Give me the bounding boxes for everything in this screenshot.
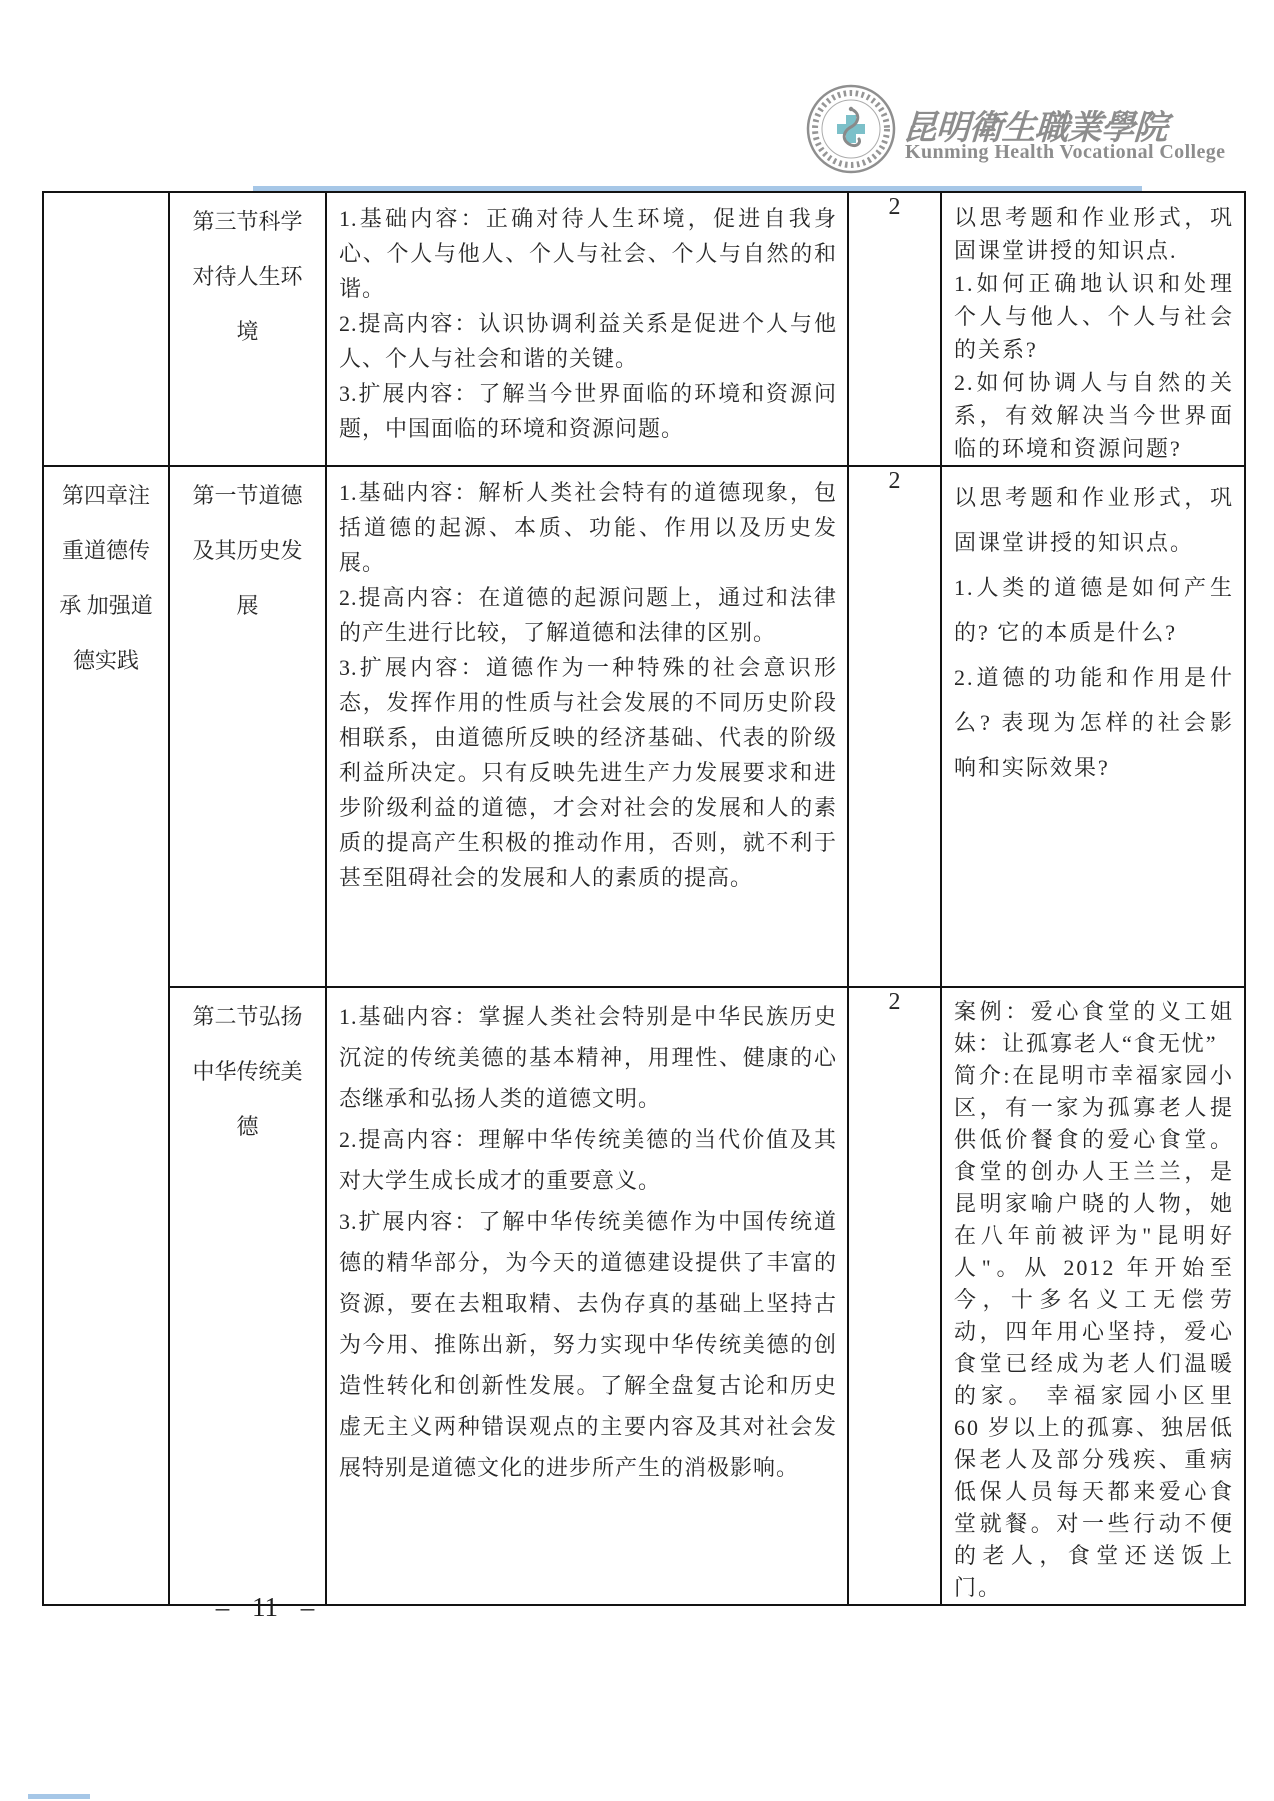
- homework-paragraph: 2.如何协调人与自然的关系，有效解决当今世界面临的环境和资源问题?: [954, 366, 1234, 465]
- content-paragraph: 2.提高内容：理解中华传统美德的当代价值及其对大学生成长成才的重要意义。: [339, 1119, 837, 1201]
- bottom-accent-line: [28, 1794, 90, 1799]
- page-number: – 11 –: [170, 1592, 360, 1623]
- chapter-title: 第四章注重道德传承 加强道德实践: [58, 468, 154, 688]
- homework-paragraph: 2.道德的功能和作用是什么? 表现为怎样的社会影响和实际效果?: [954, 655, 1234, 790]
- table-row: 第二节弘扬中华传统美德 1.基础内容：掌握人类社会特别是中华民族历史沉淀的传统美…: [43, 987, 1245, 1605]
- college-seal-icon: [806, 84, 896, 174]
- homework-cell: 以思考题和作业形式，巩固课堂讲授的知识点。 1.人类的道德是如何产生的? 它的本…: [941, 466, 1245, 987]
- content-paragraph: 3.扩展内容：道德作为一种特殊的社会意识形态，发挥作用的性质与社会发展的不同历史…: [339, 650, 837, 895]
- homework-paragraph: 案例：爱心食堂的义工姐妹：让孤寡老人“食无忧”: [954, 996, 1234, 1060]
- college-name-english: Kunming Health Vocational College: [905, 141, 1225, 164]
- homework-cell: 以思考题和作业形式，巩固课堂讲授的知识点. 1.如何正确地认识和处理个人与他人、…: [941, 192, 1245, 466]
- homework-paragraph: 以思考题和作业形式，巩固课堂讲授的知识点.: [954, 201, 1234, 267]
- section-cell: 第一节道德及其历史发展: [169, 466, 326, 987]
- content-cell: 1.基础内容：正确对待人生环境，促进自我身心、个人与他人、个人与社会、个人与自然…: [326, 192, 848, 466]
- document-page: 昆明衛生職業學院 Kunming Health Vocational Colle…: [0, 0, 1274, 1801]
- section-cell: 第三节科学对待人生环境: [169, 192, 326, 466]
- content-cell: 1.基础内容：掌握人类社会特别是中华民族历史沉淀的传统美德的基本精神，用理性、健…: [326, 987, 848, 1605]
- content-paragraph: 1.基础内容：正确对待人生环境，促进自我身心、个人与他人、个人与社会、个人与自然…: [339, 201, 837, 306]
- homework-paragraph: 以思考题和作业形式，巩固课堂讲授的知识点。: [954, 475, 1234, 565]
- homework-paragraph: 1.如何正确地认识和处理个人与他人、个人与社会的关系?: [954, 267, 1234, 366]
- content-paragraph: 2.提高内容：在道德的起源问题上，通过和法律的产生进行比较，了解道德和法律的区别…: [339, 580, 837, 650]
- section-cell: 第二节弘扬中华传统美德: [169, 987, 326, 1605]
- content-cell: 1.基础内容：解析人类社会特有的道德现象，包括道德的起源、本质、功能、作用以及历…: [326, 466, 848, 987]
- section-title: 第二节弘扬中华传统美德: [189, 989, 307, 1154]
- content-paragraph: 1.基础内容：掌握人类社会特别是中华民族历史沉淀的传统美德的基本精神，用理性、健…: [339, 996, 837, 1119]
- hours-value: 2: [848, 987, 941, 1605]
- chapter-cell: 第四章注重道德传承 加强道德实践: [43, 466, 169, 1605]
- table-row: 第三节科学对待人生环境 1.基础内容：正确对待人生环境，促进自我身心、个人与他人…: [43, 192, 1245, 466]
- table-row: 第四章注重道德传承 加强道德实践 第一节道德及其历史发展 1.基础内容：解析人类…: [43, 466, 1245, 987]
- section-title: 第三节科学对待人生环境: [189, 194, 307, 359]
- content-paragraph: 3.扩展内容：了解当今世界面临的环境和资源问题，中国面临的环境和资源问题。: [339, 376, 837, 446]
- hours-value: 2: [848, 466, 941, 987]
- syllabus-table: 第三节科学对待人生环境 1.基础内容：正确对待人生环境，促进自我身心、个人与他人…: [42, 191, 1246, 1606]
- homework-cell: 案例：爱心食堂的义工姐妹：让孤寡老人“食无忧” 简介:在昆明市幸福家园小区，有一…: [941, 987, 1245, 1605]
- hours-value: 2: [848, 192, 941, 466]
- homework-paragraph: 1.人类的道德是如何产生的? 它的本质是什么?: [954, 565, 1234, 655]
- content-paragraph: 1.基础内容：解析人类社会特有的道德现象，包括道德的起源、本质、功能、作用以及历…: [339, 475, 837, 580]
- homework-paragraph: 简介:在昆明市幸福家园小区，有一家为孤寡老人提供低价餐食的爱心食堂。食堂的创办人…: [954, 1060, 1234, 1604]
- content-paragraph: 2.提高内容：认识协调利益关系是促进个人与他人、个人与社会和谐的关键。: [339, 306, 837, 376]
- section-title: 第一节道德及其历史发展: [189, 468, 307, 633]
- content-paragraph: 3.扩展内容：了解中华传统美德作为中国传统道德的精华部分，为今天的道德建设提供了…: [339, 1201, 837, 1488]
- chapter-cell-empty: [43, 192, 169, 466]
